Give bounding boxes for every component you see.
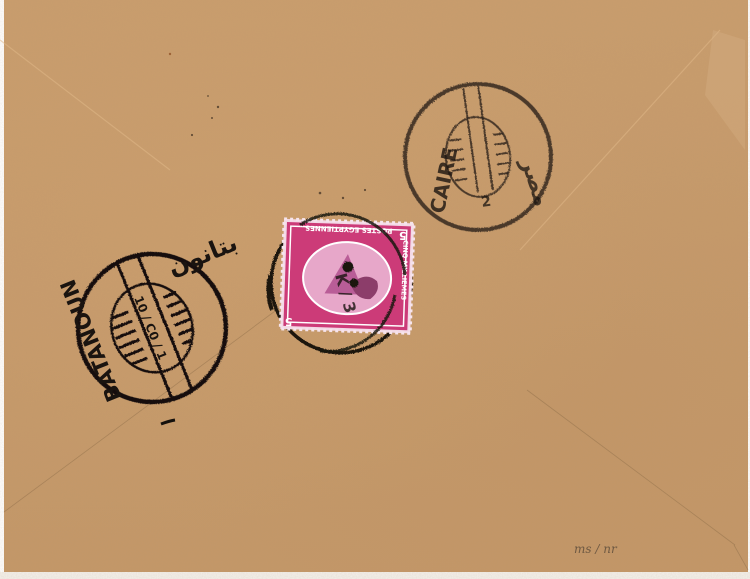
envelope-photo: CAIRE 2 مصر BATANOUN 10 / C0 / 1 بتانون (0, 0, 750, 579)
pencil-note: ms / nr (574, 542, 618, 556)
stamp-numeral: 5 (285, 315, 293, 328)
envelope-markings: CAIRE 2 مصر BATANOUN 10 / C0 / 1 بتانون (0, 0, 750, 579)
stamp-numeral: 5 (399, 229, 407, 242)
